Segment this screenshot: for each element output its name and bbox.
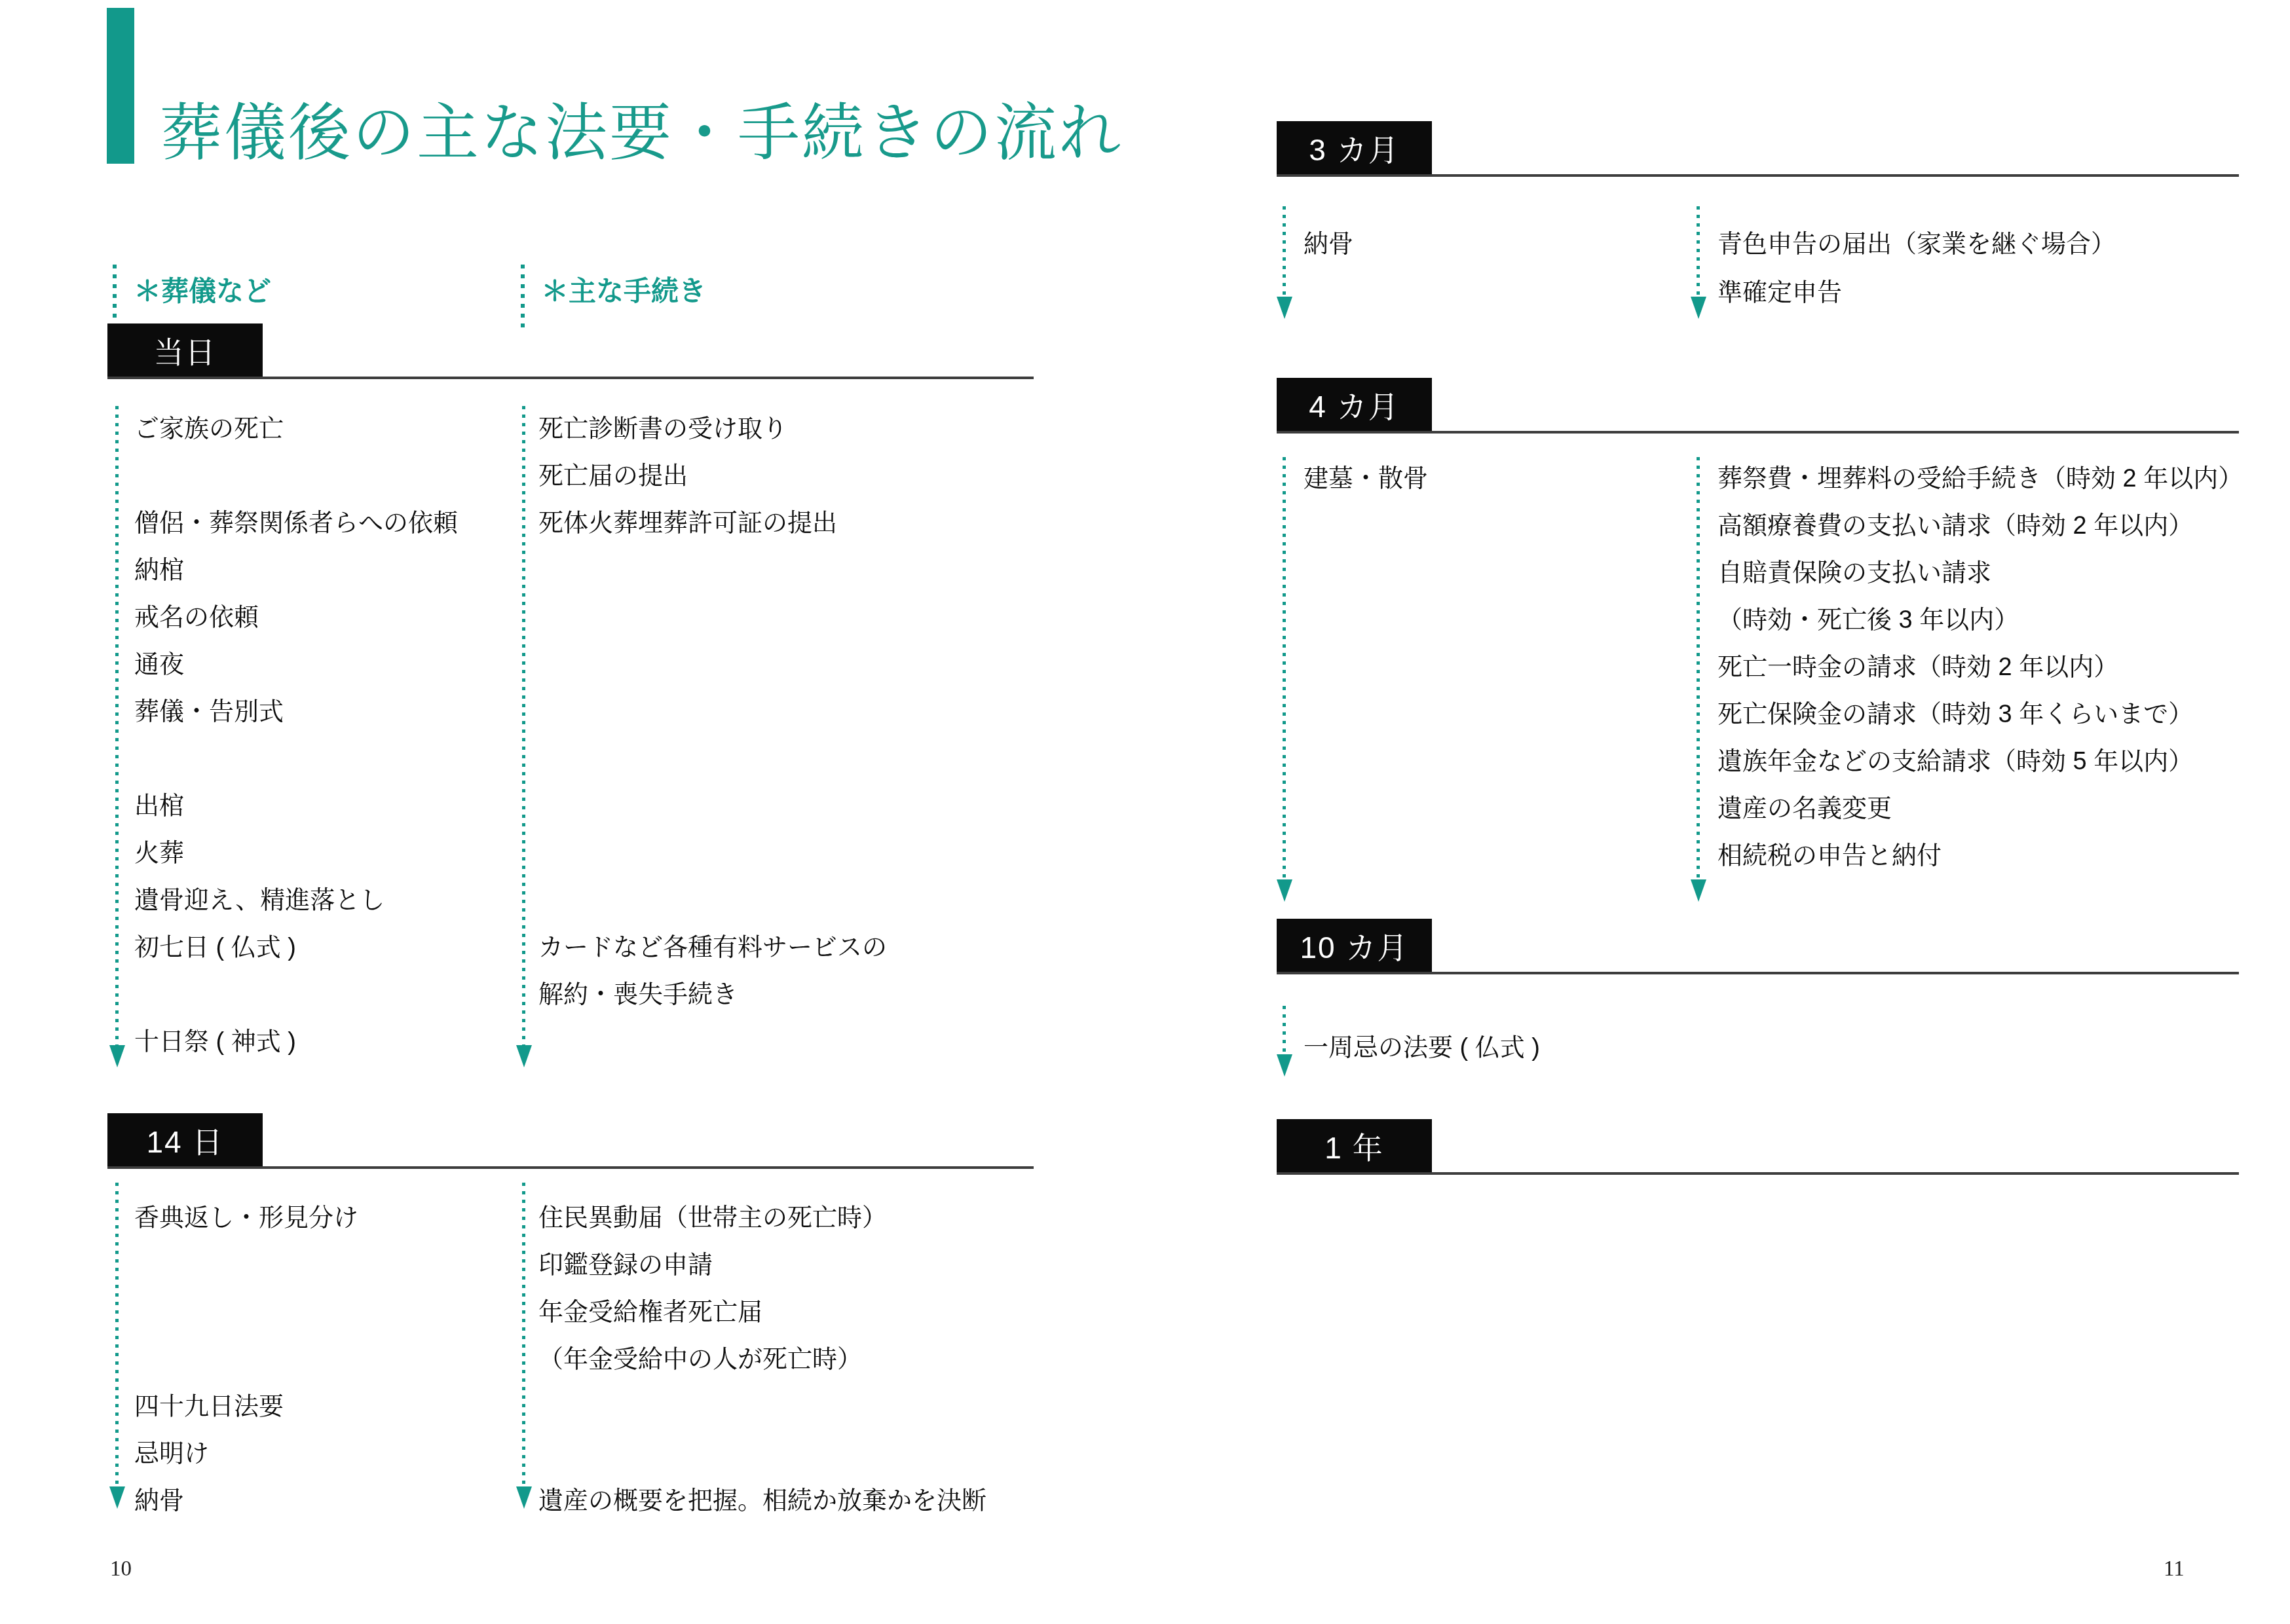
flow-dotted-line: [115, 1183, 119, 1486]
timeline-item: （年金受給中の人が死亡時）: [538, 1342, 862, 1377]
section-label-box: 4 カ月: [1277, 378, 1432, 432]
section-label-box: 3 カ月: [1277, 121, 1432, 175]
flow-arrow-down-icon: [1691, 297, 1706, 319]
timeline-item: ご家族の死亡: [134, 411, 284, 447]
flow-arrow-down-icon: [516, 1486, 532, 1509]
timeline-item: 建墓・散骨: [1304, 461, 1428, 496]
timeline-item: 相続税の申告と納付: [1717, 838, 1942, 874]
timeline-item: 高額療養費の支払い請求（時効 2 年以内）: [1717, 508, 2193, 544]
column-header-procedures: ＊主な手続き: [541, 270, 706, 309]
timeline-item: 十日祭 ( 神式 ): [134, 1024, 296, 1060]
timeline-item: 遺産の名義変更: [1717, 791, 1892, 826]
book-spread: 葬儀後の主な法要・手続きの流れ ＊葬儀など ＊主な手続き 10 11 当日ご家族…: [0, 0, 2290, 1624]
page-number-left: 10: [110, 1557, 132, 1581]
timeline-item: カードなど各種有料サービスの: [538, 930, 887, 965]
flow-dotted-line: [522, 1183, 525, 1486]
timeline-item: 自賠責保険の支払い請求: [1717, 555, 1991, 591]
timeline-item: 遺産の概要を把握。相続か放棄かを決断: [538, 1483, 986, 1519]
page-title: 葬儀後の主な法要・手続きの流れ: [160, 84, 1123, 173]
flow-arrow-down-icon: [516, 1045, 532, 1067]
column-header-ceremonies: ＊葬儀など: [134, 270, 271, 309]
flow-dotted-line: [115, 406, 119, 1045]
timeline-item: 納骨: [1304, 227, 1353, 262]
timeline-item: 納骨: [134, 1483, 184, 1519]
section-rule: [1277, 174, 2239, 177]
timeline-item: 年金受給権者死亡届: [538, 1295, 762, 1330]
timeline-item: 青色申告の届出（家業を継ぐ場合）: [1717, 227, 2116, 262]
column-header-dotted-stub-left: [113, 265, 117, 330]
flow-dotted-line: [1283, 457, 1286, 879]
flow-arrow-down-icon: [1277, 1054, 1292, 1077]
flow-dotted-line: [522, 406, 525, 1045]
timeline-item: 忌明け: [134, 1436, 209, 1471]
title-accent-bar: [107, 8, 134, 164]
flow-arrow-down-icon: [109, 1045, 125, 1067]
section-label-box: 10 カ月: [1277, 919, 1432, 972]
timeline-item: 死亡一時金の請求（時効 2 年以内）: [1717, 650, 2118, 685]
section-rule: [1277, 431, 2239, 434]
flow-arrow-down-icon: [1277, 879, 1292, 902]
flow-dotted-line: [1283, 206, 1286, 297]
timeline-item: 死亡診断書の受け取り: [538, 411, 787, 447]
timeline-item: 解約・喪失手続き: [538, 977, 738, 1012]
timeline-item: 納棺: [134, 553, 184, 588]
timeline-item: 死体火葬埋葬許可証の提出: [538, 506, 837, 541]
timeline-item: 火葬: [134, 836, 184, 871]
timeline-item: 葬儀・告別式: [134, 694, 284, 729]
flow-arrow-down-icon: [1691, 879, 1706, 902]
timeline-item: 死亡届の提出: [538, 458, 688, 494]
timeline-item: 香典返し・形見分け: [134, 1200, 358, 1236]
column-header-dotted-stub-right: [521, 265, 525, 330]
section-rule: [1277, 972, 2239, 974]
page-number-right: 11: [2164, 1557, 2185, 1581]
section-rule: [107, 1166, 1034, 1169]
timeline-item: 住民異動届（世帯主の死亡時）: [538, 1200, 887, 1236]
flow-dotted-line: [1697, 206, 1700, 297]
section-label-box: 14 日: [107, 1113, 263, 1167]
flow-arrow-down-icon: [1277, 297, 1292, 319]
section-label-box: 1 年: [1277, 1119, 1432, 1173]
timeline-item: 初七日 ( 仏式 ): [134, 930, 296, 965]
timeline-item: 印鑑登録の申請: [538, 1247, 713, 1283]
timeline-item: 戒名の依頼: [134, 600, 259, 635]
timeline-item: （時効・死亡後 3 年以内）: [1717, 602, 2019, 638]
timeline-item: 出棺: [134, 788, 184, 824]
section-label-box: 当日: [107, 323, 263, 377]
timeline-item: 僧侶・葬祭関係者らへの依頼: [134, 506, 458, 541]
timeline-item: 遺族年金などの支給請求（時効 5 年以内）: [1717, 744, 2193, 779]
timeline-item: 一周忌の法要 ( 仏式 ): [1304, 1030, 1540, 1065]
flow-dotted-line: [1283, 1006, 1286, 1054]
section-rule: [1277, 1172, 2239, 1175]
timeline-item: 通夜: [134, 647, 184, 682]
section-rule: [107, 377, 1034, 379]
timeline-item: 準確定申告: [1717, 275, 1842, 310]
flow-dotted-line: [1697, 457, 1700, 879]
timeline-item: 遺骨迎え、精進落とし: [134, 883, 385, 918]
flow-arrow-down-icon: [109, 1486, 125, 1509]
timeline-item: 死亡保険金の請求（時効 3 年くらいまで）: [1717, 697, 2193, 732]
timeline-item: 四十九日法要: [134, 1389, 284, 1424]
timeline-item: 葬祭費・埋葬料の受給手続き（時効 2 年以内）: [1717, 461, 2243, 496]
